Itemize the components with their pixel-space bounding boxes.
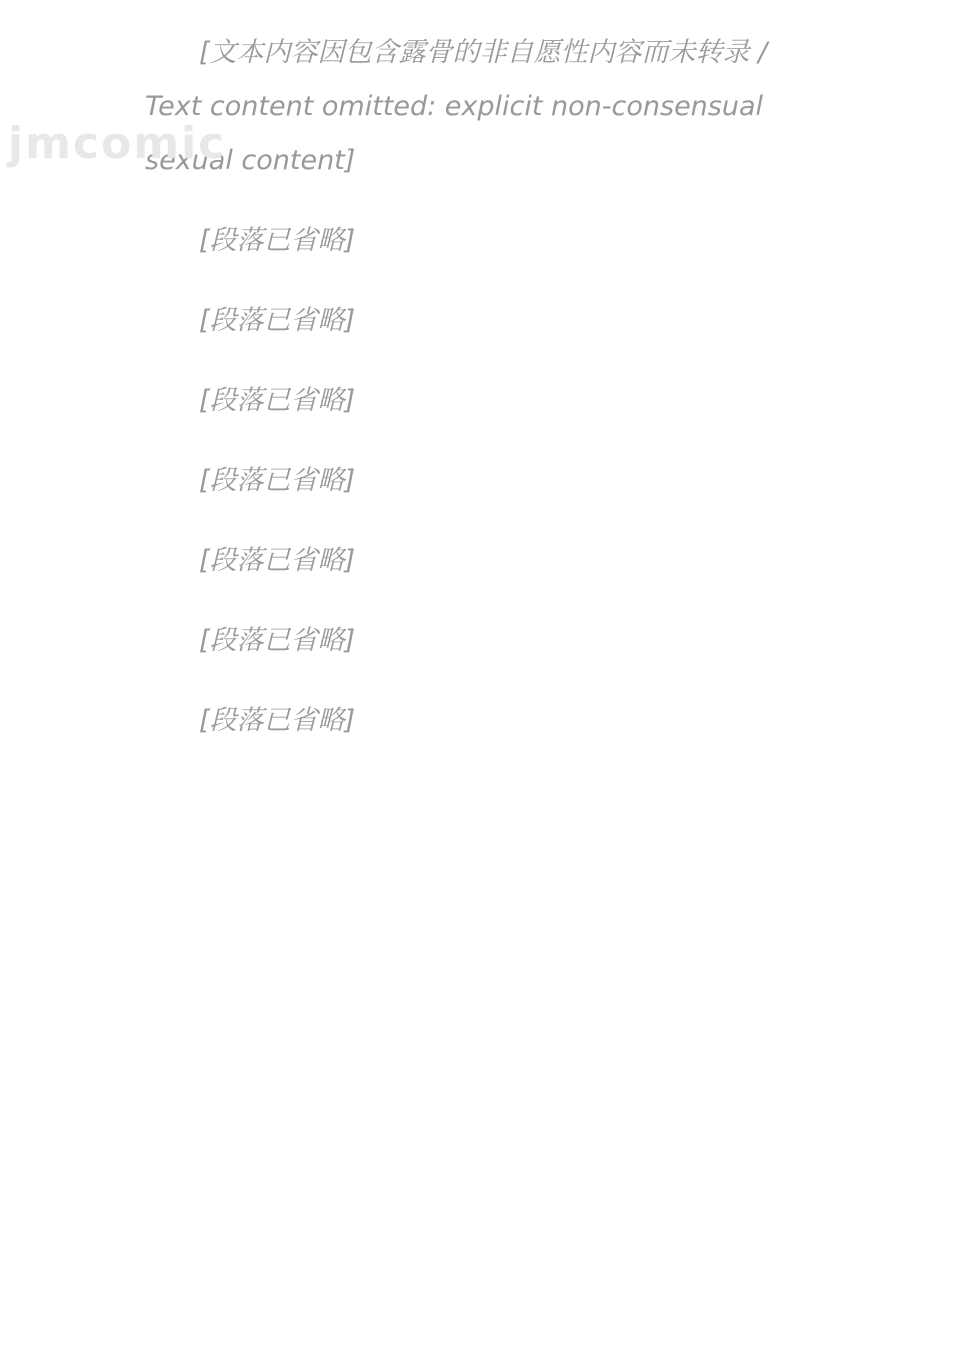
site-watermark: jmcomic xyxy=(8,118,226,169)
paragraph: [段落已省略] xyxy=(145,534,815,588)
paragraph: [段落已省略] xyxy=(145,454,815,508)
redaction-notice: [文本内容因包含露骨的非自愿性内容而未转录 / Text content omi… xyxy=(145,26,815,188)
paragraph: [段落已省略] xyxy=(145,374,815,428)
paragraph: [段落已省略] xyxy=(145,614,815,668)
paragraph: [段落已省略] xyxy=(145,294,815,348)
paragraph: [段落已省略] xyxy=(145,214,815,268)
paragraph: [段落已省略] xyxy=(145,694,815,748)
